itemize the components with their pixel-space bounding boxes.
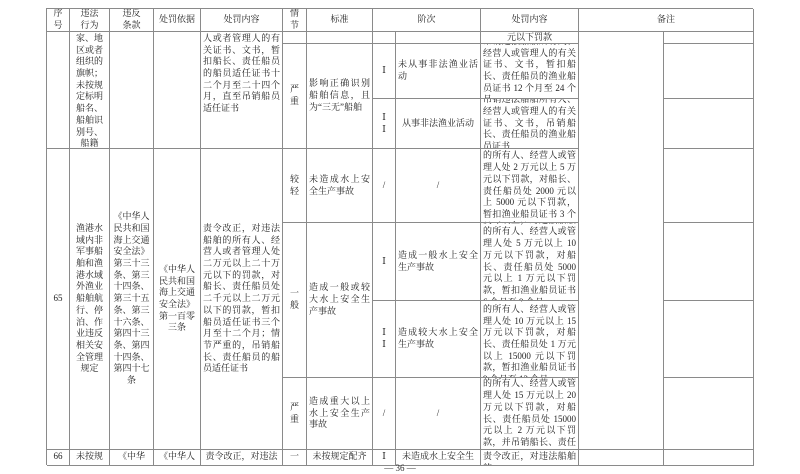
page-number: — 36 —: [0, 463, 800, 473]
rowprev-violation: 家、地区或者组织的旗帜；未按规定标明船名、船舶识别号、船籍港、载重线标志: [70, 32, 110, 149]
rowprev-penalty2-1: 吊销违法船舶所有人、经营人或管理人的有关证书、文书，暂扣船长、责任船员的渔业船员…: [481, 44, 579, 99]
penalty-table: 序 号 违法 行为 违反 条款 处罚依据 处罚内容 情 节 标准 阶次 处罚内容…: [46, 8, 753, 465]
row65-stagedesc-2: 造成一般水上安全生产事故: [396, 223, 481, 301]
row65-basis: 《中华人民共和国海上交通安全法》第一百零三条: [154, 149, 201, 450]
remarks-right-cell-5: [664, 223, 754, 301]
header-penalty2: 处罚内容: [481, 9, 579, 32]
header-circumstance: 情 节: [283, 9, 307, 32]
row65-stage-1: /: [373, 149, 396, 223]
row65-index: 65: [47, 149, 70, 450]
rowprev-circumstance: 严 重: [283, 44, 307, 149]
row65-circumstance-general: 一 般: [283, 223, 307, 378]
rowprev-penalty2-2: 吊销违法船舶所有人、经营人或管理人的有关证书、文书，吊销船长、责任船员的渔业船员…: [481, 99, 579, 149]
rowprev-standard: 影响正确识别船舶信息，且为“三无”船舶: [307, 44, 373, 149]
rowprev-stage-2: Ⅰ Ⅰ: [373, 99, 396, 149]
rowprev-stagedesc-2: 从事非法渔业活动: [396, 99, 481, 149]
header-stage: 阶次: [373, 9, 481, 32]
header-standard: 标准: [307, 9, 373, 32]
row65-stagedesc-4: /: [396, 378, 481, 450]
row65-standard-1: 未造成水上安全生产事故: [307, 149, 373, 223]
row65-penalty2-3: 责令改正，对违法船舶的所有人、经营人或管理人处 10 万元以上 15 万元以下罚…: [481, 301, 579, 378]
rowprev-circumstance-top-cell: [283, 32, 307, 44]
remarks-right-cell-6: [664, 301, 754, 378]
document-page: 序 号 违法 行为 违反 条款 处罚依据 处罚内容 情 节 标准 阶次 处罚内容…: [0, 0, 800, 474]
header-penalty: 处罚内容: [201, 9, 283, 32]
remarks-right-cell-1: [664, 32, 754, 44]
row65-clause: 《中华人民共和国海上交通安全法》第三十三条、第三十四条、第三十五条、第三十六条、…: [110, 149, 154, 450]
header-violation: 违法 行为: [70, 9, 110, 32]
remarks-right-cell-3: [664, 99, 754, 149]
row65-penalty2-1: 责令改正，对违法船舶的所有人、经营人或管理人处 2 万元以上 5 万元以下罚款，…: [481, 149, 579, 223]
remarks-left-merged-cell: [579, 32, 664, 450]
rowprev-standard-top-cell: [307, 32, 373, 44]
row65-stage-4: /: [373, 378, 396, 450]
header-clause: 违反 条款: [110, 9, 154, 32]
rowprev-penalty2-top: 元以下罚款: [481, 32, 579, 44]
rowprev-stage-top-cell: [373, 32, 396, 44]
row65-stagedesc-3: 造成较大水上安全生产事故: [396, 301, 481, 378]
row65-circumstance-minor: 较 轻: [283, 149, 307, 223]
rowprev-stage-1: Ⅰ: [373, 44, 396, 99]
row65-stage-3: Ⅰ Ⅰ: [373, 301, 396, 378]
rowprev-stagedesc-top-cell: [396, 32, 481, 44]
row65-stagedesc-1: /: [396, 149, 481, 223]
row65-stage-2: Ⅰ: [373, 223, 396, 301]
row65-penalty: 责令改正，对违法船舶的所有人、经营人或者管理人处二万元以上二十万元以下的罚款，对…: [201, 149, 283, 450]
row65-circumstance-severe: 严 重: [283, 378, 307, 450]
remarks-right-cell-4: [664, 149, 754, 223]
row65-standard-3: 造成重大以上水上安全生产事故: [307, 378, 373, 450]
row65-penalty2-2: 责令改正，对违法船舶的所有人、经营人或管理人处 5 万元以上 10 万元以下罚款…: [481, 223, 579, 301]
rowprev-clause-cell: [110, 32, 154, 149]
row65-penalty2-4: 责令改正，对违法船舶的所有人、经营人或管理人处 15 万元以上 20 万元以下罚…: [481, 378, 579, 450]
rowprev-penalty: 人或者管理人的有关证书、文书，暂扣船长、责任船员的船员适任证书十二个月至二十四个…: [201, 32, 283, 149]
rowprev-basis-cell: [154, 32, 201, 149]
header-index: 序 号: [47, 9, 70, 32]
remarks-right-cell-7: [664, 378, 754, 450]
header-remarks: 备注: [579, 9, 754, 32]
row65-violation: 渔港水域内非军事船舶和渔港水域外渔业船舶航行、停泊、作业违反相关安全管理规定: [70, 149, 110, 450]
rowprev-stagedesc-1: 未从事非法渔业活动: [396, 44, 481, 99]
row65-standard-2: 造成一般或较大水上安全生产事故: [307, 223, 373, 378]
rowprev-index-cell: [47, 32, 70, 149]
remarks-right-cell-2: [664, 44, 754, 99]
header-basis: 处罚依据: [154, 9, 201, 32]
